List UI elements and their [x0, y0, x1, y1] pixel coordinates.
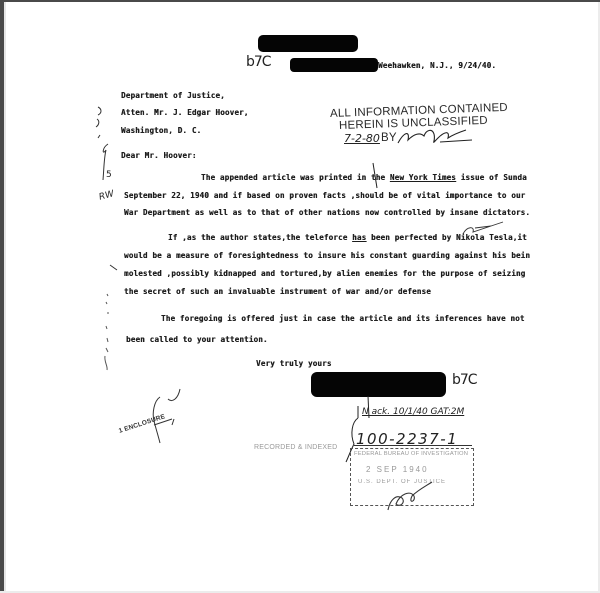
- redaction-code-b7c-top: b7C: [246, 54, 271, 70]
- pen-stroke-vertical: [371, 162, 381, 190]
- margin-mark-dash: [109, 264, 119, 272]
- margin-mark-dotted-line: [102, 292, 116, 372]
- document-page: b7C Weehawken, N.J., 9/24/40. Department…: [6, 2, 598, 591]
- margin-mark-j: [94, 105, 108, 139]
- redaction-bar-sender: [290, 58, 378, 72]
- fbi-stamp-agency: FEDERAL BUREAU OF INVESTIGATION: [354, 451, 468, 457]
- fbi-stamp-initials: [384, 480, 434, 514]
- p2-l1-text-a: If ,as the author states,the teleforce: [168, 233, 352, 242]
- paragraph-2-line-3: molested ,possibly kidnapped and torture…: [124, 269, 525, 278]
- closing: Very truly yours: [256, 359, 332, 368]
- pen-stroke-tesla: [461, 220, 505, 236]
- paragraph-1-line-3: War Department as well as to that of oth…: [124, 208, 530, 217]
- paragraph-1-line-1: The appended article was printed in the …: [201, 173, 527, 182]
- declassification-signature: [396, 126, 476, 148]
- p1-l1-text-a: The appended article was printed in the: [201, 173, 390, 182]
- recorded-indexed-stamp: RECORDED & INDEXED: [254, 444, 337, 451]
- redaction-code-b7c-signature: b7C: [452, 372, 477, 388]
- margin-note-number: 5: [106, 170, 112, 180]
- paragraph-3-line-1: The foregoing is offered just in case th…: [161, 314, 525, 323]
- address-line-3: Washington, D. C.: [121, 126, 201, 135]
- file-number-underline: [354, 445, 472, 446]
- redaction-bar-top: [258, 35, 358, 52]
- file-stamp-handwritten-ack: N ack. 10/1/40 GAT:2M: [362, 407, 464, 417]
- newspaper-title: New York Times: [390, 173, 456, 182]
- salutation: Dear Mr. Hoover:: [121, 151, 197, 160]
- paragraph-1-line-2: September 22, 1940 and if based on prove…: [124, 191, 525, 200]
- declassification-date: 7-2-80: [344, 132, 380, 145]
- address-line-2: Atten. Mr. J. Edgar Hoover,: [121, 108, 249, 117]
- declassification-by: BY: [381, 132, 397, 144]
- underlined-has: has: [352, 233, 366, 242]
- paragraph-2-line-2: would be a measure of foresightedness to…: [124, 251, 530, 260]
- margin-note-initials: RW: [98, 189, 115, 203]
- paragraph-3-line-2: been called to your attention.: [126, 335, 268, 344]
- address-line-1: Department of Justice,: [121, 91, 225, 100]
- paragraph-2-line-4: the secret of such an invaluable instrum…: [124, 287, 431, 296]
- p1-l1-text-c: issue of Sunda: [456, 173, 527, 182]
- fbi-stamp-date: 2 SEP 1940: [366, 465, 429, 474]
- redaction-bar-signature: [311, 372, 446, 397]
- dateline: Weehawken, N.J., 9/24/40.: [378, 61, 496, 70]
